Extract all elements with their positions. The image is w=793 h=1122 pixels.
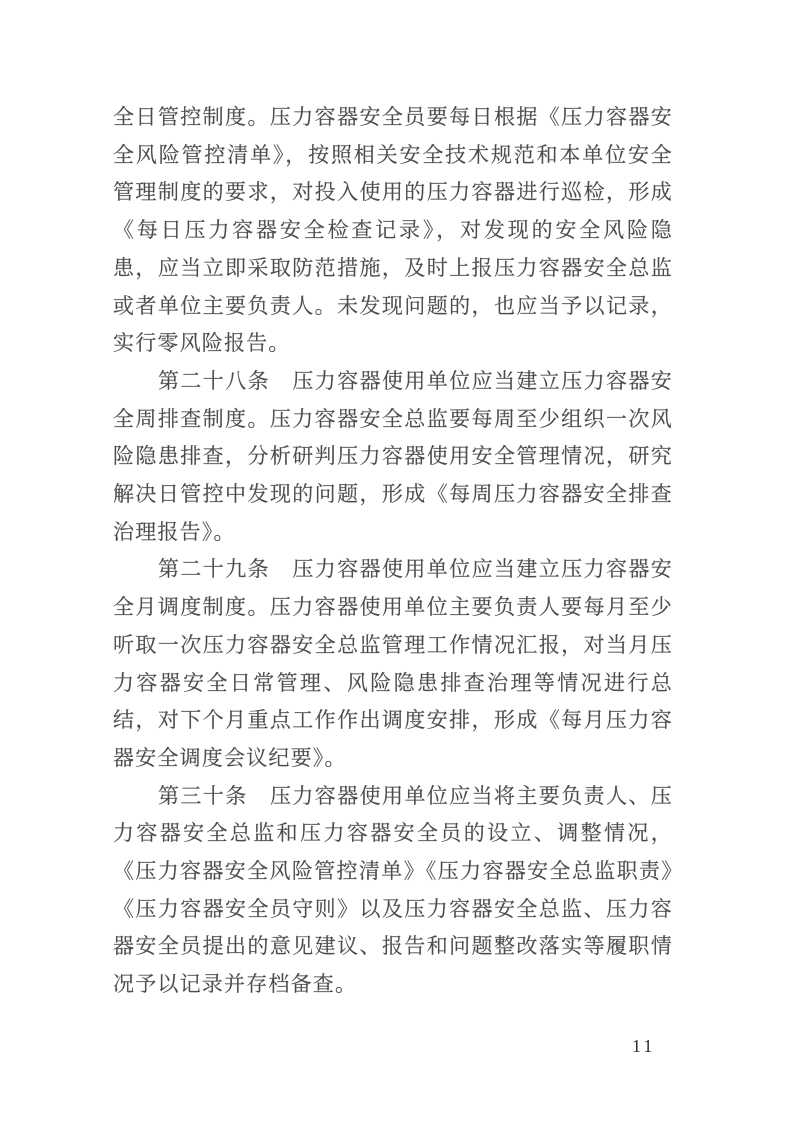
page-number: 11: [632, 1036, 655, 1057]
paragraph-article-29: 第二十九条 压力容器使用单位应当建立压力容器安全月调度制度。压力容器使用单位主要…: [113, 551, 673, 777]
document-page: 全日管控制度。压力容器安全员要每日根据《压力容器安全风险管控清单》，按照相关安全…: [0, 0, 793, 1122]
document-text-block: 全日管控制度。压力容器安全员要每日根据《压力容器安全风险管控清单》，按照相关安全…: [113, 99, 673, 1004]
paragraph-article-28: 第二十八条 压力容器使用单位应当建立压力容器安全周排查制度。压力容器安全总监要每…: [113, 363, 673, 552]
paragraph-article-30: 第三十条 压力容器使用单位应当将主要负责人、压力容器安全总监和压力容器安全员的设…: [113, 778, 673, 1004]
paragraph-continuation: 全日管控制度。压力容器安全员要每日根据《压力容器安全风险管控清单》，按照相关安全…: [113, 99, 673, 363]
